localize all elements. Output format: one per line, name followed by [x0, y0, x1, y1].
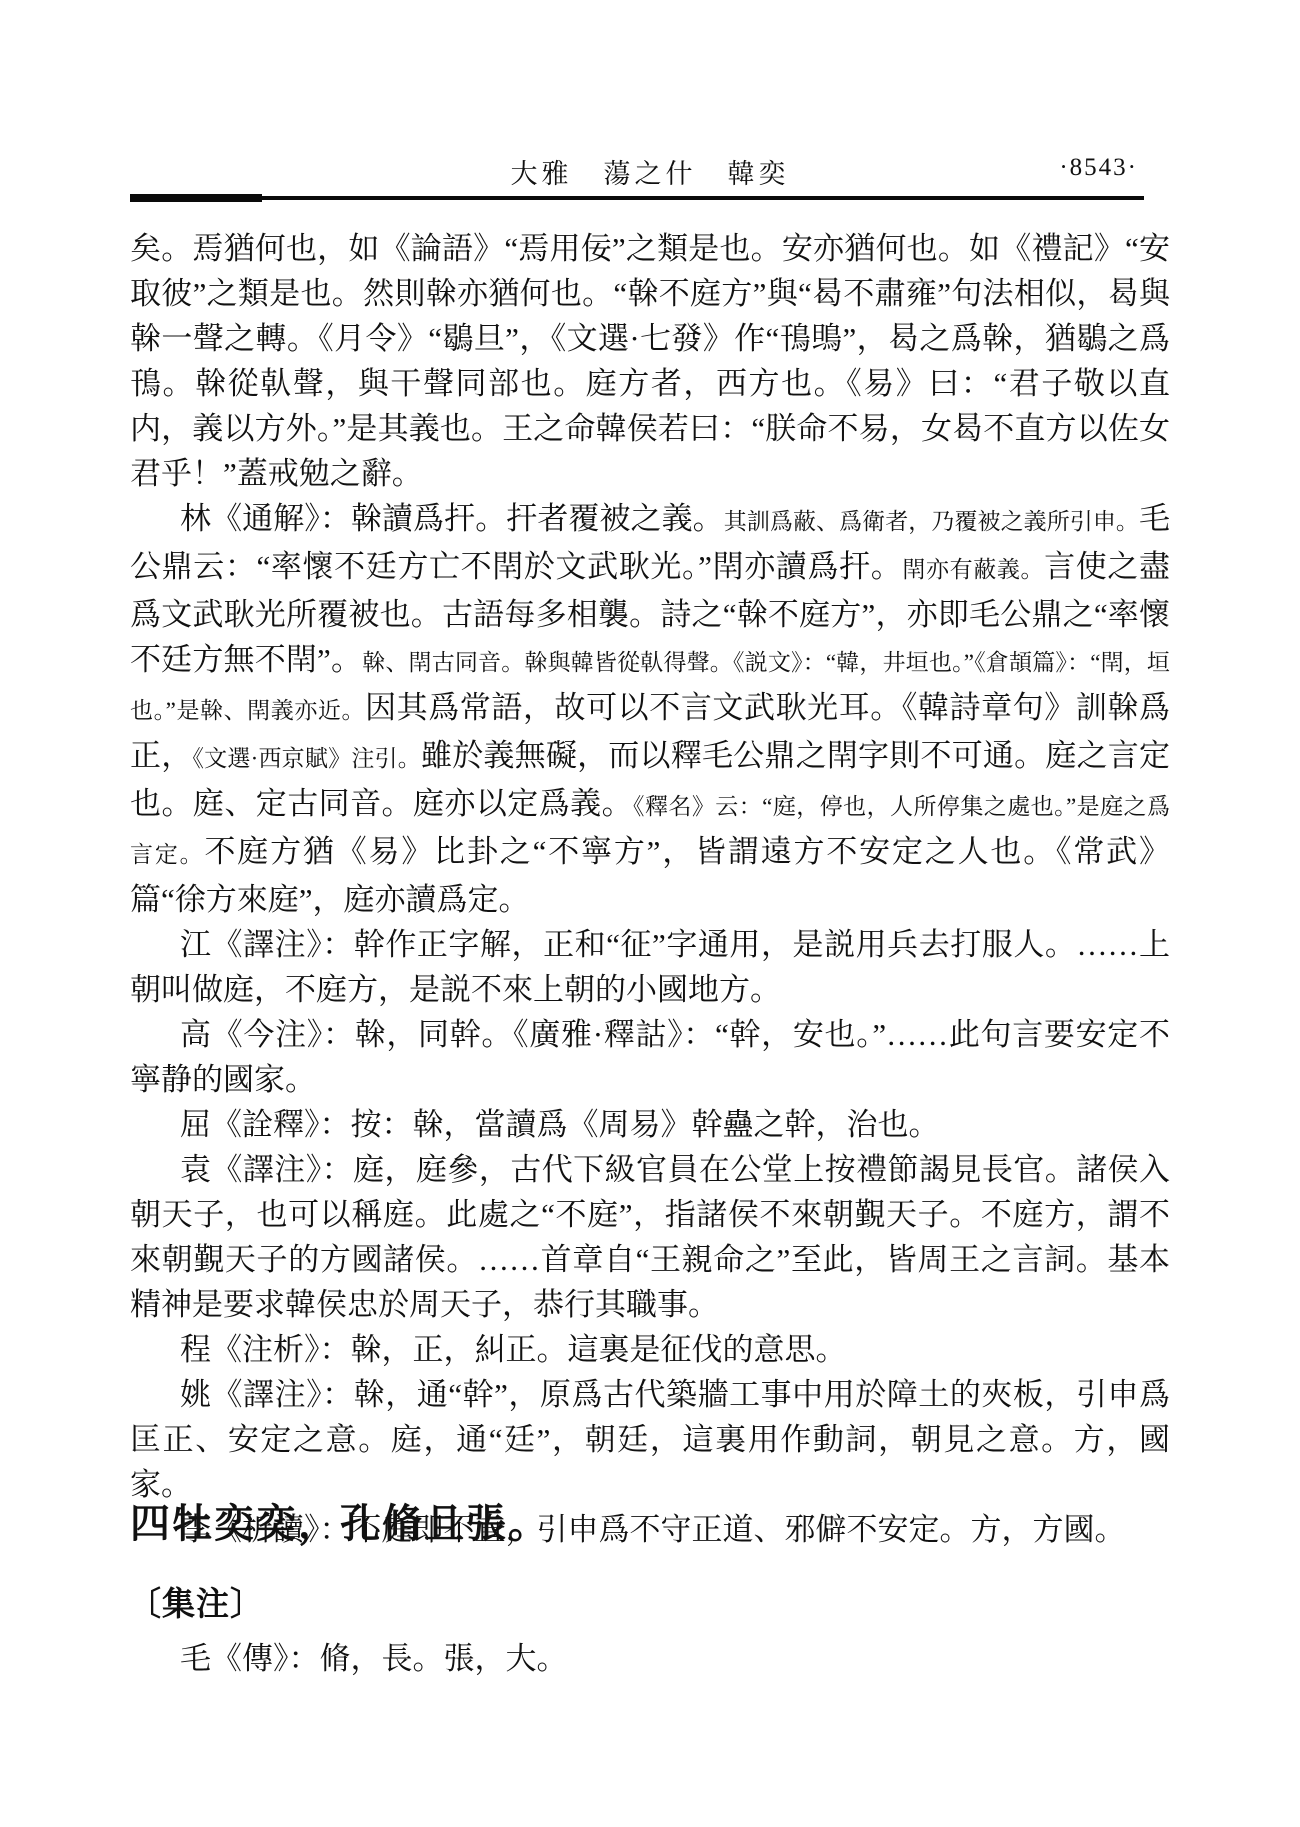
- page-number: ·8543·: [1059, 154, 1138, 182]
- scanned-book-page: 大雅 蕩之什 韓奕 ·8543· 矣。焉猶何也，如《論語》“焉用佞”之類是也。安…: [0, 0, 1300, 1827]
- verse-line-heading: 四牡奕奕，孔脩且張。: [130, 1492, 550, 1549]
- paragraph-qu-quanshi: 屈《詮釋》：按：榦，當讀爲《周易》幹蠱之幹，治也。: [130, 1102, 1170, 1147]
- paragraph-cheng-zhuxi: 程《注析》：榦，正，糾正。這裏是征伐的意思。: [130, 1327, 1170, 1372]
- section-heading-jizhu: 〔集注〕: [128, 1578, 264, 1625]
- commentary-body: 矣。焉猶何也，如《論語》“焉用佞”之類是也。安亦猶何也。如《禮記》“安取彼”之類…: [130, 226, 1170, 1552]
- paragraph-gao-jinzhu: 高《今注》：榦，同幹。《廣雅·釋詁》：“幹，安也。”……此句言要安定不寧静的國家…: [130, 1012, 1170, 1102]
- paragraph-intro-continuation: 矣。焉猶何也，如《論語》“焉用佞”之類是也。安亦猶何也。如《禮記》“安取彼”之類…: [130, 226, 1170, 496]
- header-rule-left-segment: [130, 194, 262, 202]
- paragraph-jiang-yizhu: 江《譯注》：幹作正字解，正和“征”字通用，是説用兵去打服人。……上朝叫做庭，不庭…: [130, 922, 1170, 1012]
- text-run-small-note: 《文選·西京賦》注引。: [192, 746, 421, 771]
- paragraph-yao-yizhu: 姚《譯注》：榦，通“幹”，原爲古代築牆工事中用於障土的夾板，引申爲匡正、安定之意…: [130, 1372, 1170, 1507]
- text-run-normal: 林《通解》：榦讀爲扞。扞者覆被之義。: [180, 501, 724, 536]
- text-run-normal: 不庭方猶《易》比卦之“不寧方”，皆謂遠方不安定之人也。《常武》篇“徐方來庭”，庭…: [130, 834, 1170, 917]
- paragraph-mao-zhuan: 毛《傳》：脩，長。張，大。: [130, 1636, 1170, 1681]
- text-run-small-note: 閈亦有蔽義。: [902, 557, 1044, 582]
- paragraph-yuan-yizhu: 袁《譯注》：庭，庭參，古代下級官員在公堂上按禮節謁見長官。諸侯入朝天子，也可以稱…: [130, 1147, 1170, 1327]
- text-run-small-note: 其訓爲蔽、爲衛者，乃覆被之義所引申。: [724, 509, 1139, 534]
- paragraph-lin-tongjie: 林《通解》：榦讀爲扞。扞者覆被之義。其訓爲蔽、爲衛者，乃覆被之義所引申。毛公鼎云…: [130, 496, 1170, 922]
- header-rule: [130, 196, 1144, 200]
